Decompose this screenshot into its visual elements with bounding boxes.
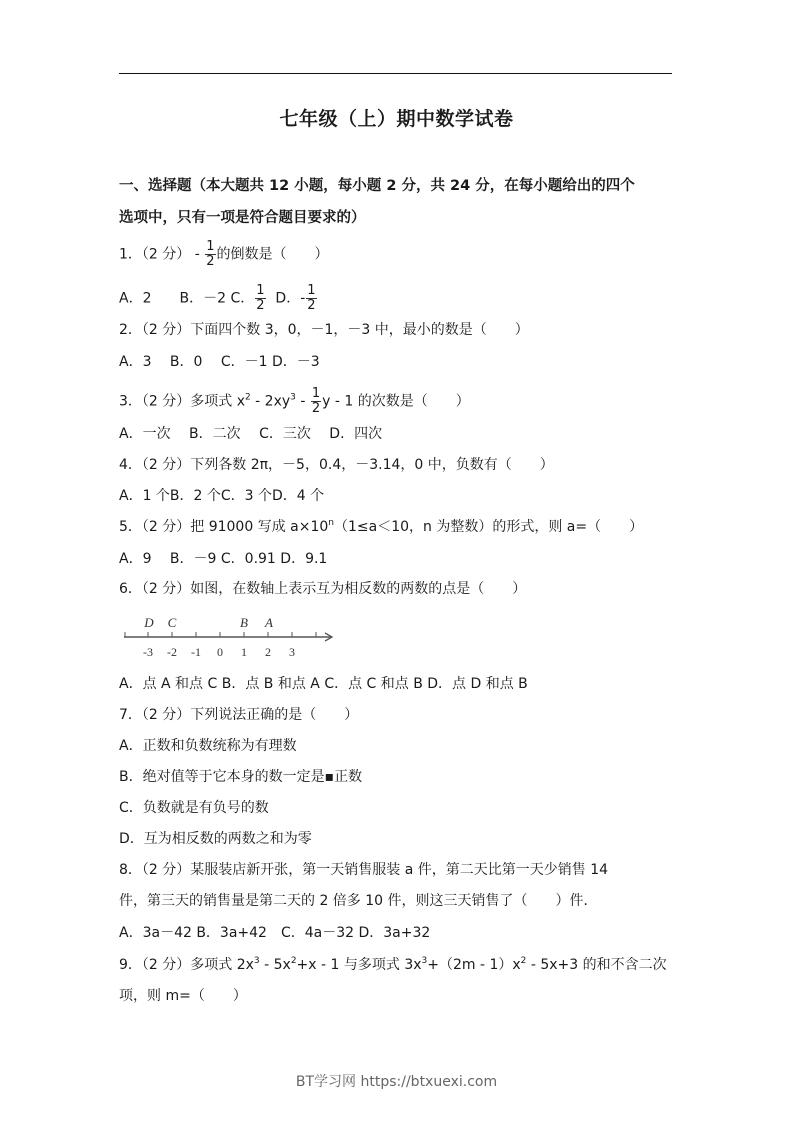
stem-text: 的倒数是（ ） — [217, 247, 329, 263]
question-1-options: A．2B．－2 C．12 D．-12 — [119, 284, 318, 313]
numerator: 1 — [306, 284, 316, 299]
page-title: 七年级（上）期中数学试卷 — [0, 104, 793, 131]
footer-watermark: BT学习网 https://btxuexi.com — [0, 1071, 793, 1091]
minus-sign: - — [300, 291, 305, 307]
question-7-option-a: A．正数和负数统称为有理数 — [119, 736, 297, 756]
stem-text: 9．（2 分）多项式 2x — [119, 957, 254, 973]
stem-text: 5．（2 分）把 91000 写成 a×10 — [119, 519, 328, 535]
question-4-options: A．1 个B．2 个C．3 个D．4 个 — [119, 486, 324, 506]
fraction: 12 — [205, 240, 215, 269]
tick-label: 0 — [217, 645, 223, 659]
option-a: A．2 — [119, 291, 151, 307]
question-6-options: A．点 A 和点 C B．点 B 和点 A C．点 C 和点 B D．点 D 和… — [119, 674, 528, 694]
question-8-stem-line2: 件，第三天的销售量是第二天的 2 倍多 10 件，则这三天销售了（ ）件． — [119, 891, 598, 911]
question-7-stem: 7．（2 分）下列说法正确的是（ ） — [119, 705, 358, 725]
point-b-label: B — [240, 615, 248, 630]
question-7-option-c: C．负数就是有负号的数 — [119, 798, 269, 818]
denominator: 2 — [306, 299, 316, 313]
tick-label: -2 — [167, 645, 177, 659]
stem-text: - 5x+3 的和不含二次 — [526, 957, 666, 973]
point-c-label: C — [168, 615, 177, 630]
question-number: 1 — [119, 247, 128, 263]
point-a-label: A — [264, 615, 273, 630]
number-line-figure: D C B A -3 -2 -1 0 1 2 3 — [119, 612, 339, 664]
question-5-options: A．9 B．－9 C．0.91 D．9.1 — [119, 549, 327, 569]
stem-text: 3．（2 分）多项式 x — [119, 394, 245, 410]
tick-label: 1 — [241, 645, 247, 659]
point-d-label: D — [143, 615, 154, 630]
tick-label: -3 — [143, 645, 153, 659]
stem-text: +x - 1 与多项式 3x — [297, 957, 422, 973]
question-7-option-b: B．绝对值等于它本身的数一定是▪正数 — [119, 767, 362, 787]
dot: ． — [128, 247, 142, 263]
stem-text: - 5x — [260, 957, 291, 973]
question-1-stem: 1．（2 分） - 12的倒数是（ ） — [119, 240, 329, 269]
question-8-options: A．3a－42 B．3a+42 C．4a－32 D．3a+32 — [119, 923, 430, 943]
section-heading-line2: 选项中，只有一项是符合题目要求的） — [119, 206, 679, 227]
question-9-stem-line2: 项，则 m=（ ） — [119, 986, 247, 1006]
question-8-stem-line1: 8．（2 分）某服装店新开张，第一天销售服装 a 件，第二天比第一天少销售 14 — [119, 860, 608, 880]
stem-text: +（2m - 1）x — [427, 957, 520, 973]
question-2-stem: 2．（2 分）下面四个数 3，0，－1，－3 中，最小的数是（ ） — [119, 320, 529, 340]
section-heading-line1: 一、选择题（本大题共 12 小题，每小题 2 分，共 24 分，在每小题给出的四… — [119, 174, 679, 195]
question-3-stem: 3．（2 分）多项式 x2 - 2xy3 - 12y - 1 的次数是（ ） — [119, 387, 470, 416]
numerator: 1 — [205, 240, 215, 255]
tick-label: 2 — [265, 645, 271, 659]
option-d-label: D． — [275, 291, 300, 307]
fraction: 12 — [255, 284, 265, 313]
question-2-options: A．3 B．0 C．－1 D．－3 — [119, 352, 320, 372]
stem-text: （1≤a＜10，n 为整数）的形式，则 a=（ ） — [334, 519, 643, 535]
question-6-stem: 6．（2 分）如图，在数轴上表示互为相反数的两数的点是（ ） — [119, 579, 526, 599]
stem-text: - 2xy — [251, 394, 290, 410]
denominator: 2 — [255, 299, 265, 313]
minus-sign: - — [190, 247, 204, 263]
question-9-stem-line1: 9．（2 分）多项式 2x3 - 5x2+x - 1 与多项式 3x3+（2m … — [119, 955, 667, 975]
question-4-stem: 4．（2 分）下列各数 2π，－5，0.4，－3.14，0 中，负数有（ ） — [119, 455, 554, 475]
question-7-option-d: D．互为相反数的两数之和为零 — [119, 829, 312, 849]
stem-text: y - 1 的次数是（ ） — [322, 394, 470, 410]
question-score: （2 分） — [142, 247, 190, 263]
numerator: 1 — [311, 387, 321, 402]
denominator: 2 — [205, 255, 215, 269]
option-c-label: C． — [230, 291, 254, 307]
tick-label: 3 — [289, 645, 295, 659]
fraction: 12 — [306, 284, 316, 313]
numerator: 1 — [255, 284, 265, 299]
question-3-options: A．一次 B．二次 C．三次 D．四次 — [119, 424, 382, 444]
header-rule — [119, 73, 672, 74]
denominator: 2 — [311, 402, 321, 416]
option-b: B．－2 — [179, 291, 226, 307]
question-5-stem: 5．（2 分）把 91000 写成 a×10n（1≤a＜10，n 为整数）的形式… — [119, 517, 643, 537]
stem-text: - — [296, 394, 310, 410]
fraction: 12 — [311, 387, 321, 416]
tick-label: -1 — [191, 645, 201, 659]
